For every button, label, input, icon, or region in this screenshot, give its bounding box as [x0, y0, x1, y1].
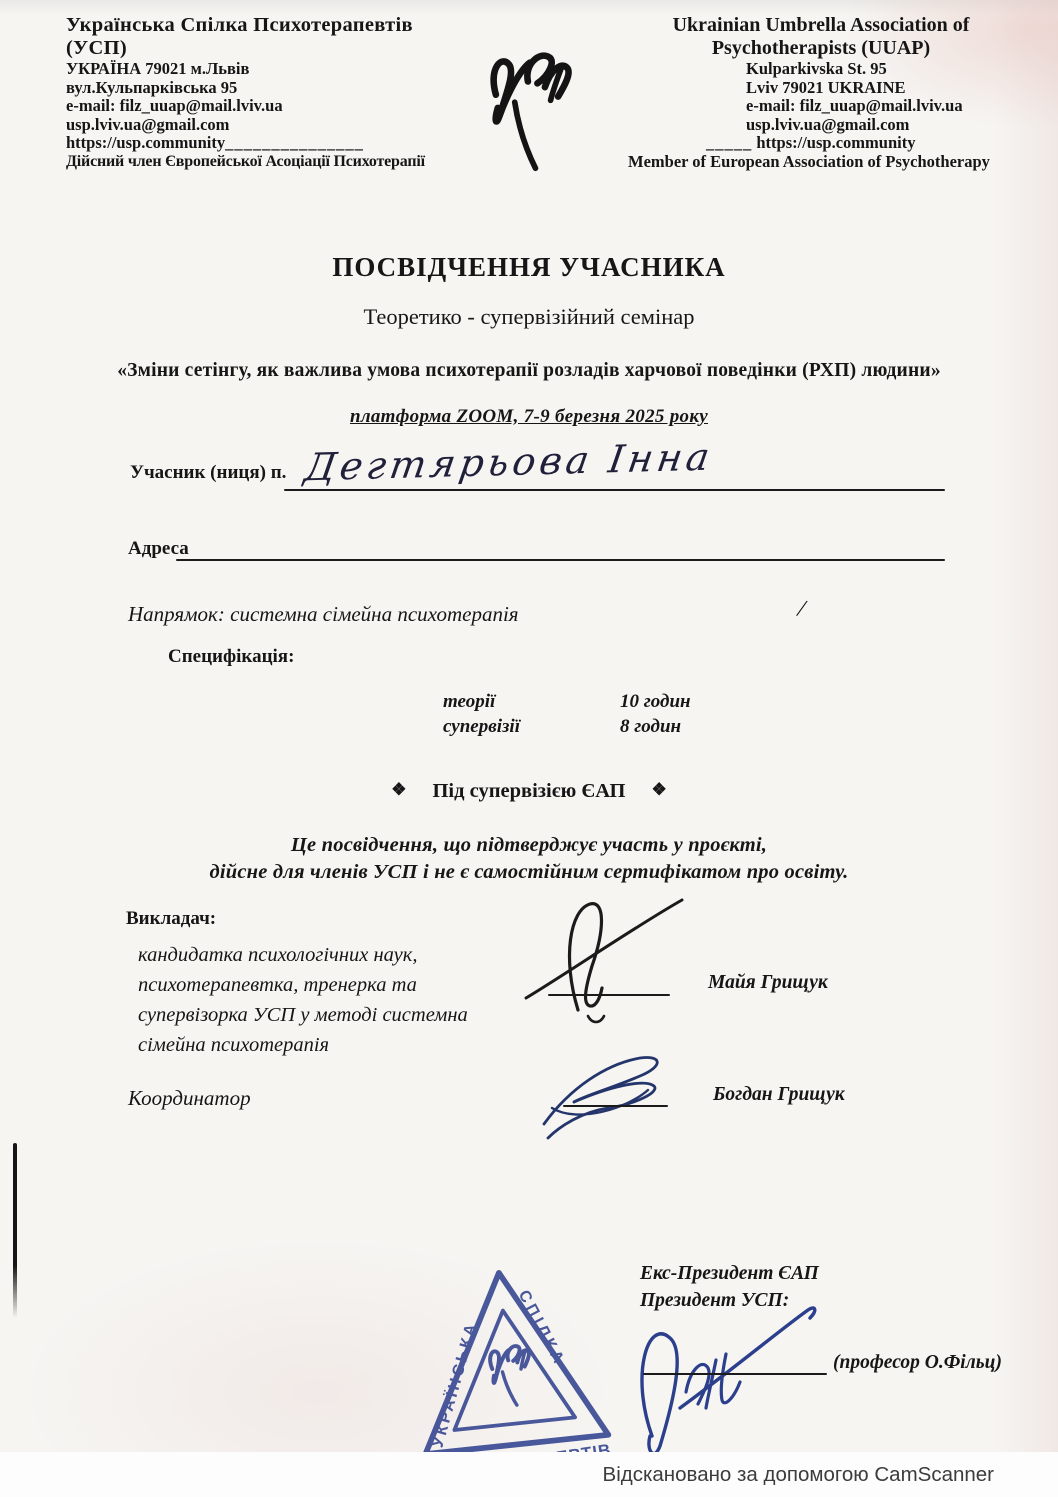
- platform-date-line: платформа ZOOM, 7-9 березня 2025 року: [0, 406, 1058, 428]
- org-website-ua: https://usp.community_______________: [66, 134, 446, 153]
- statement-line-1: Це посвідчення, що підтверджує участь у …: [0, 834, 1058, 857]
- stray-pen-mark: /: [796, 596, 806, 624]
- org-address-ua: УКРАЇНА 79021 м.Львів: [66, 60, 446, 79]
- specification-label: Специфікація:: [168, 646, 294, 668]
- spec-theory-hours: 10 годин: [620, 691, 691, 713]
- teacher-label: Викладач:: [126, 908, 216, 930]
- president-name: (професор О.Фільц): [833, 1352, 1002, 1374]
- teacher-desc-line-1: кандидатка психологічних наук,: [138, 940, 518, 970]
- coordinator-name: Богдан Грищук: [713, 1084, 845, 1106]
- spec-supervision-hours: 8 годин: [620, 716, 681, 738]
- org-city-en: Lviv 79021 UKRAINE: [746, 79, 1014, 98]
- org-email-en: e-mail: filz_uuap@mail.lviv.ua: [746, 97, 1014, 116]
- website-rule-line-en: _____: [706, 133, 752, 152]
- diamond-icon: ❖: [365, 780, 432, 799]
- org-website-en: _____ https://usp.community: [706, 134, 1014, 153]
- usp-monogram-icon: [468, 40, 586, 172]
- president-signature-rule: [643, 1373, 827, 1375]
- teacher-signature-rule: [548, 994, 670, 996]
- supervision-text: Під супервізією ЄАП: [432, 780, 625, 802]
- address-label: Адреса: [128, 538, 189, 560]
- camscanner-footer-bar: Відскановано за допомогою CamScanner: [0, 1452, 1058, 1497]
- org-abbr-ua: (УСП): [66, 37, 446, 60]
- teacher-desc-line-2: психотерапевтка, тренерка та: [138, 970, 518, 1000]
- teacher-name: Майя Грищук: [708, 972, 828, 994]
- coordinator-signature-icon: [536, 1046, 680, 1142]
- org-email2-en: usp.lviv.ua@gmail.com: [746, 116, 1014, 135]
- teacher-signature-icon: [518, 888, 690, 1028]
- diamond-icon: ❖: [626, 780, 693, 799]
- website-rule-line: _______________: [225, 133, 364, 152]
- statement-line-2: дійсне для членів УСП і не є самостійним…: [0, 861, 1058, 884]
- certificate-title: ПОСВІДЧЕННЯ УЧАСНИКА: [0, 252, 1058, 283]
- org-email-ua: e-mail: filz_uuap@mail.lviv.ua: [66, 97, 446, 116]
- participant-name-handwritten: Дегтярьова Інна: [302, 435, 717, 490]
- teacher-desc-line-4: сімейна психотерапія: [138, 1030, 518, 1060]
- spec-row-theory: теорії 10 годин: [443, 691, 691, 713]
- org-membership-ua: Дійсний член Європейської Асоціації Псих…: [66, 153, 446, 172]
- supervision-line: ❖Під супервізією ЄАП❖: [0, 780, 1058, 803]
- stamp-monogram-icon: [489, 1345, 534, 1408]
- participant-rule-line: [284, 489, 945, 491]
- org-street-ua: вул.Кульпарківська 95: [66, 79, 446, 98]
- header-right-block: Ukrainian Umbrella Association of Psycho…: [628, 14, 1014, 171]
- org-address-en: Kulparkivska St. 95: [746, 60, 1014, 79]
- spec-supervision-name: супервізії: [443, 716, 620, 738]
- address-rule-line: [176, 559, 945, 561]
- teacher-desc-line-3: супервізорка УСП у методі системна: [138, 1000, 518, 1030]
- participant-label: Учасник (ниця) п.: [130, 462, 286, 484]
- coordinator-label: Координатор: [128, 1086, 251, 1111]
- org-website-en-url: https://usp.community: [752, 133, 915, 152]
- coordinator-signature-rule: [563, 1105, 668, 1107]
- certificate-subtitle: Теоретико - супервізійний семінар: [0, 304, 1058, 330]
- seminar-title: «Зміни сетінгу, як важлива умова психоте…: [40, 360, 1018, 382]
- spec-row-supervision: супервізії 8 годин: [443, 716, 681, 738]
- scan-edge-artifact: [13, 1143, 17, 1318]
- org-name-ua: Українська Спілка Психотерапевтів: [66, 14, 446, 37]
- org-name-en-1: Ukrainian Umbrella Association of: [628, 14, 1014, 37]
- camscanner-note: Відскановано за допомогою CamScanner: [603, 1463, 994, 1486]
- spec-theory-name: теорії: [443, 691, 620, 713]
- header-left-block: Українська Спілка Психотерапевтів (УСП) …: [66, 14, 446, 171]
- president-signature-icon: [622, 1296, 837, 1456]
- teacher-description: кандидатка психологічних наук, психотера…: [138, 940, 518, 1060]
- org-website-ua-url: https://usp.community: [66, 133, 225, 152]
- scanned-certificate-page: Українська Спілка Психотерапевтів (УСП) …: [0, 0, 1058, 1497]
- org-name-en-2: Psychotherapists (UUAP): [628, 37, 1014, 60]
- org-membership-en: Member of European Association of Psycho…: [628, 153, 1014, 172]
- direction-line: Напрямок: системна сімейна психотерапія: [128, 602, 519, 627]
- org-email2-ua: usp.lviv.ua@gmail.com: [66, 116, 446, 135]
- president-label-1: Екс-Президент ЄАП: [640, 1260, 819, 1287]
